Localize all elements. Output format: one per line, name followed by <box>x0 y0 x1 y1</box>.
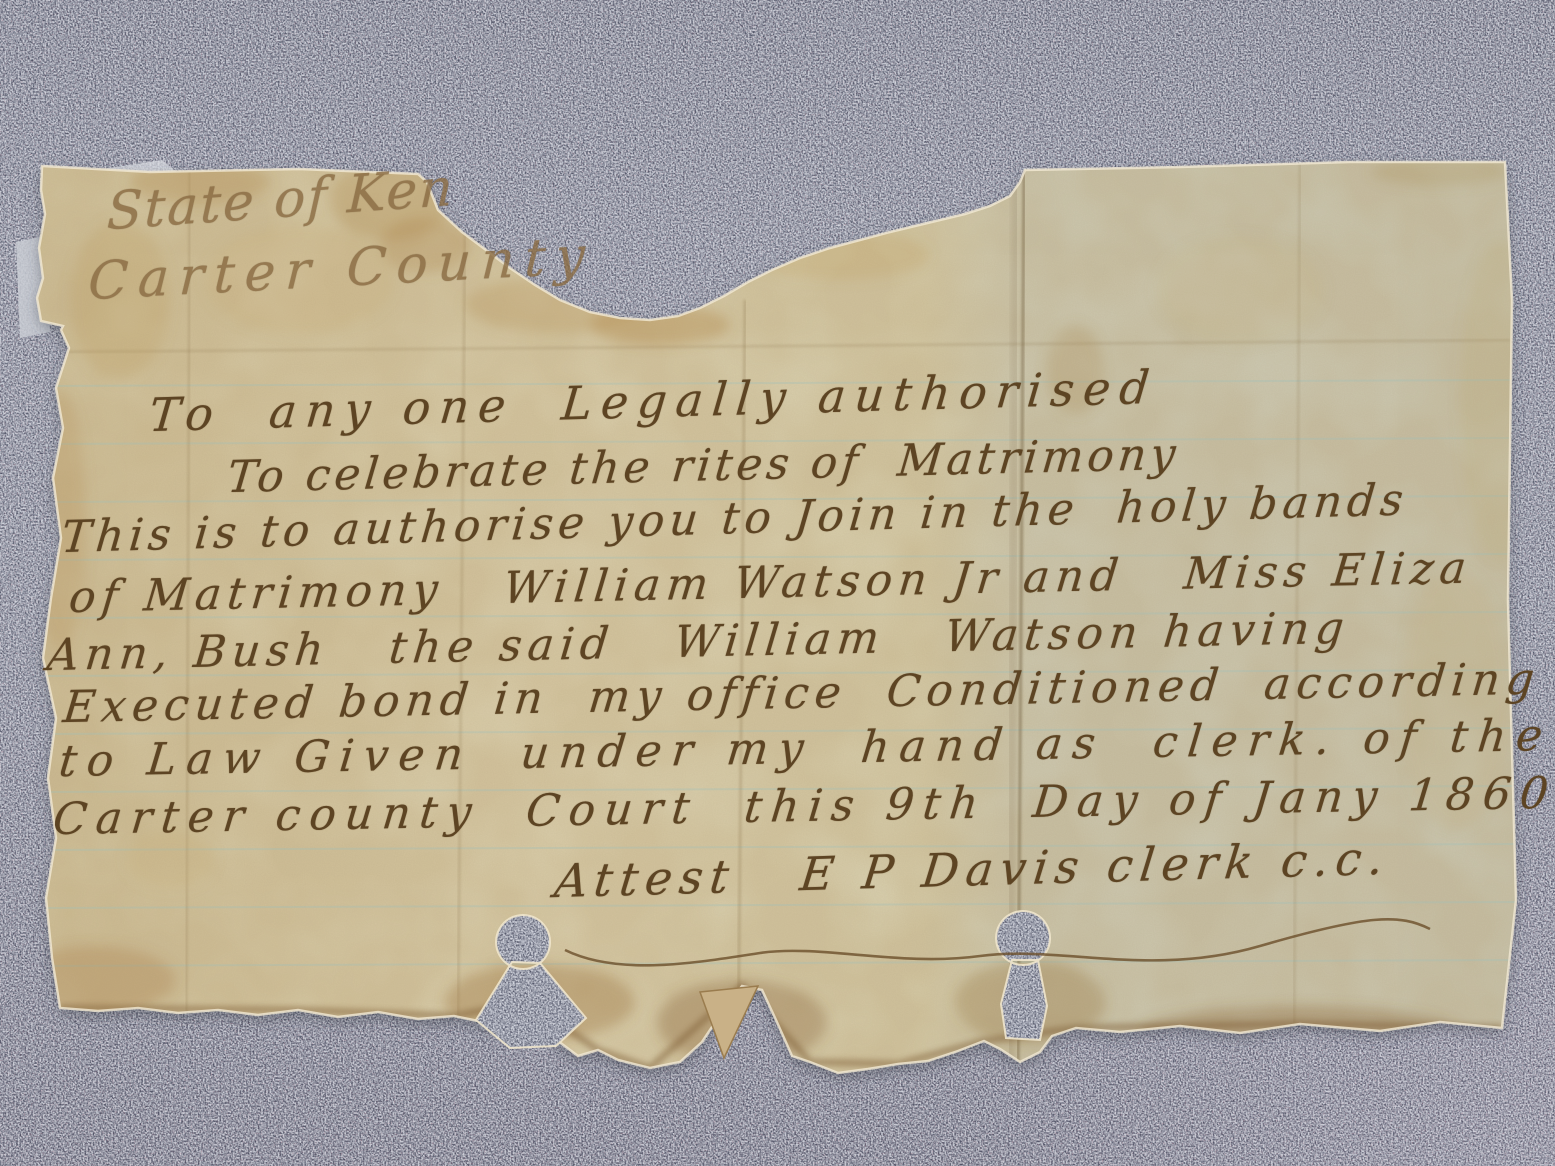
document-photo: State of Ken Carter County To any one Le… <box>0 0 1555 1166</box>
paper-texture <box>0 130 1555 1130</box>
photo-scene <box>0 0 1555 1166</box>
